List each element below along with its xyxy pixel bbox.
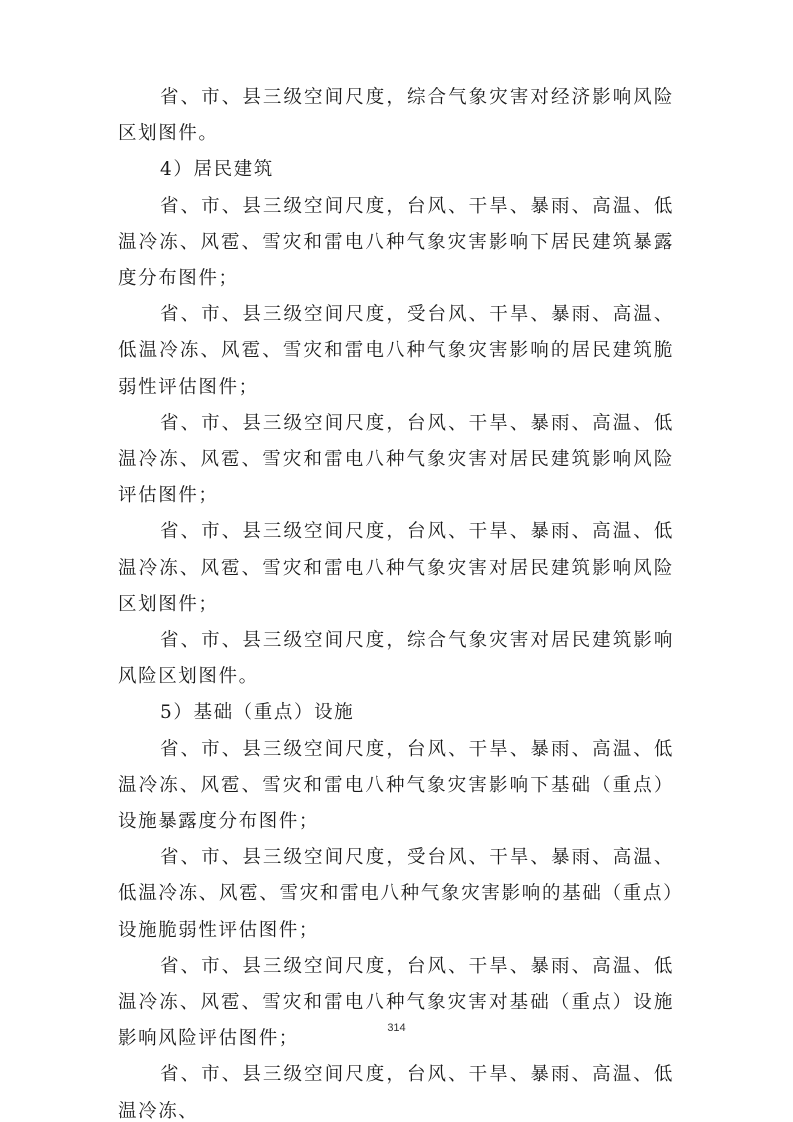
- paragraph-economic-composite-risk: 省、市、县三级空间尺度，综合气象灾害对经济影响风险区划图件。: [118, 80, 674, 152]
- section-heading-residential-buildings: 4）居民建筑: [118, 152, 674, 188]
- paragraph-residential-risk-zoning: 省、市、县三级空间尺度，台风、干旱、暴雨、高温、低温冷冻、风雹、雪灾和雷电八种气…: [118, 514, 674, 623]
- page-number: 314: [0, 1022, 793, 1034]
- paragraph-residential-exposure: 省、市、县三级空间尺度，台风、干旱、暴雨、高温、低温冷冻、风雹、雪灾和雷电八种气…: [118, 189, 674, 298]
- paragraph-residential-vulnerability: 省、市、县三级空间尺度，受台风、干旱、暴雨、高温、低温冷冻、风雹、雪灾和雷电八种…: [118, 297, 674, 406]
- paragraph-infrastructure-risk-assessment: 省、市、县三级空间尺度，台风、干旱、暴雨、高温、低温冷冻、风雹、雪灾和雷电八种气…: [118, 949, 674, 1058]
- section-heading-infrastructure: 5）基础（重点）设施: [118, 695, 674, 731]
- paragraph-infrastructure-exposure: 省、市、县三级空间尺度，台风、干旱、暴雨、高温、低温冷冻、风雹、雪灾和雷电八种气…: [118, 732, 674, 841]
- paragraph-infrastructure-vulnerability: 省、市、县三级空间尺度，受台风、干旱、暴雨、高温、低温冷冻、风雹、雪灾和雷电八种…: [118, 840, 674, 949]
- paragraph-residential-risk-assessment: 省、市、县三级空间尺度，台风、干旱、暴雨、高温、低温冷冻、风雹、雪灾和雷电八种气…: [118, 406, 674, 515]
- paragraph-residential-composite-risk: 省、市、县三级空间尺度，综合气象灾害对居民建筑影响风险区划图件。: [118, 623, 674, 695]
- paragraph-infrastructure-risk-zoning-partial: 省、市、县三级空间尺度，台风、干旱、暴雨、高温、低温冷冻、: [118, 1057, 674, 1122]
- document-page: 省、市、县三级空间尺度，综合气象灾害对经济影响风险区划图件。 4）居民建筑 省、…: [118, 80, 674, 1122]
